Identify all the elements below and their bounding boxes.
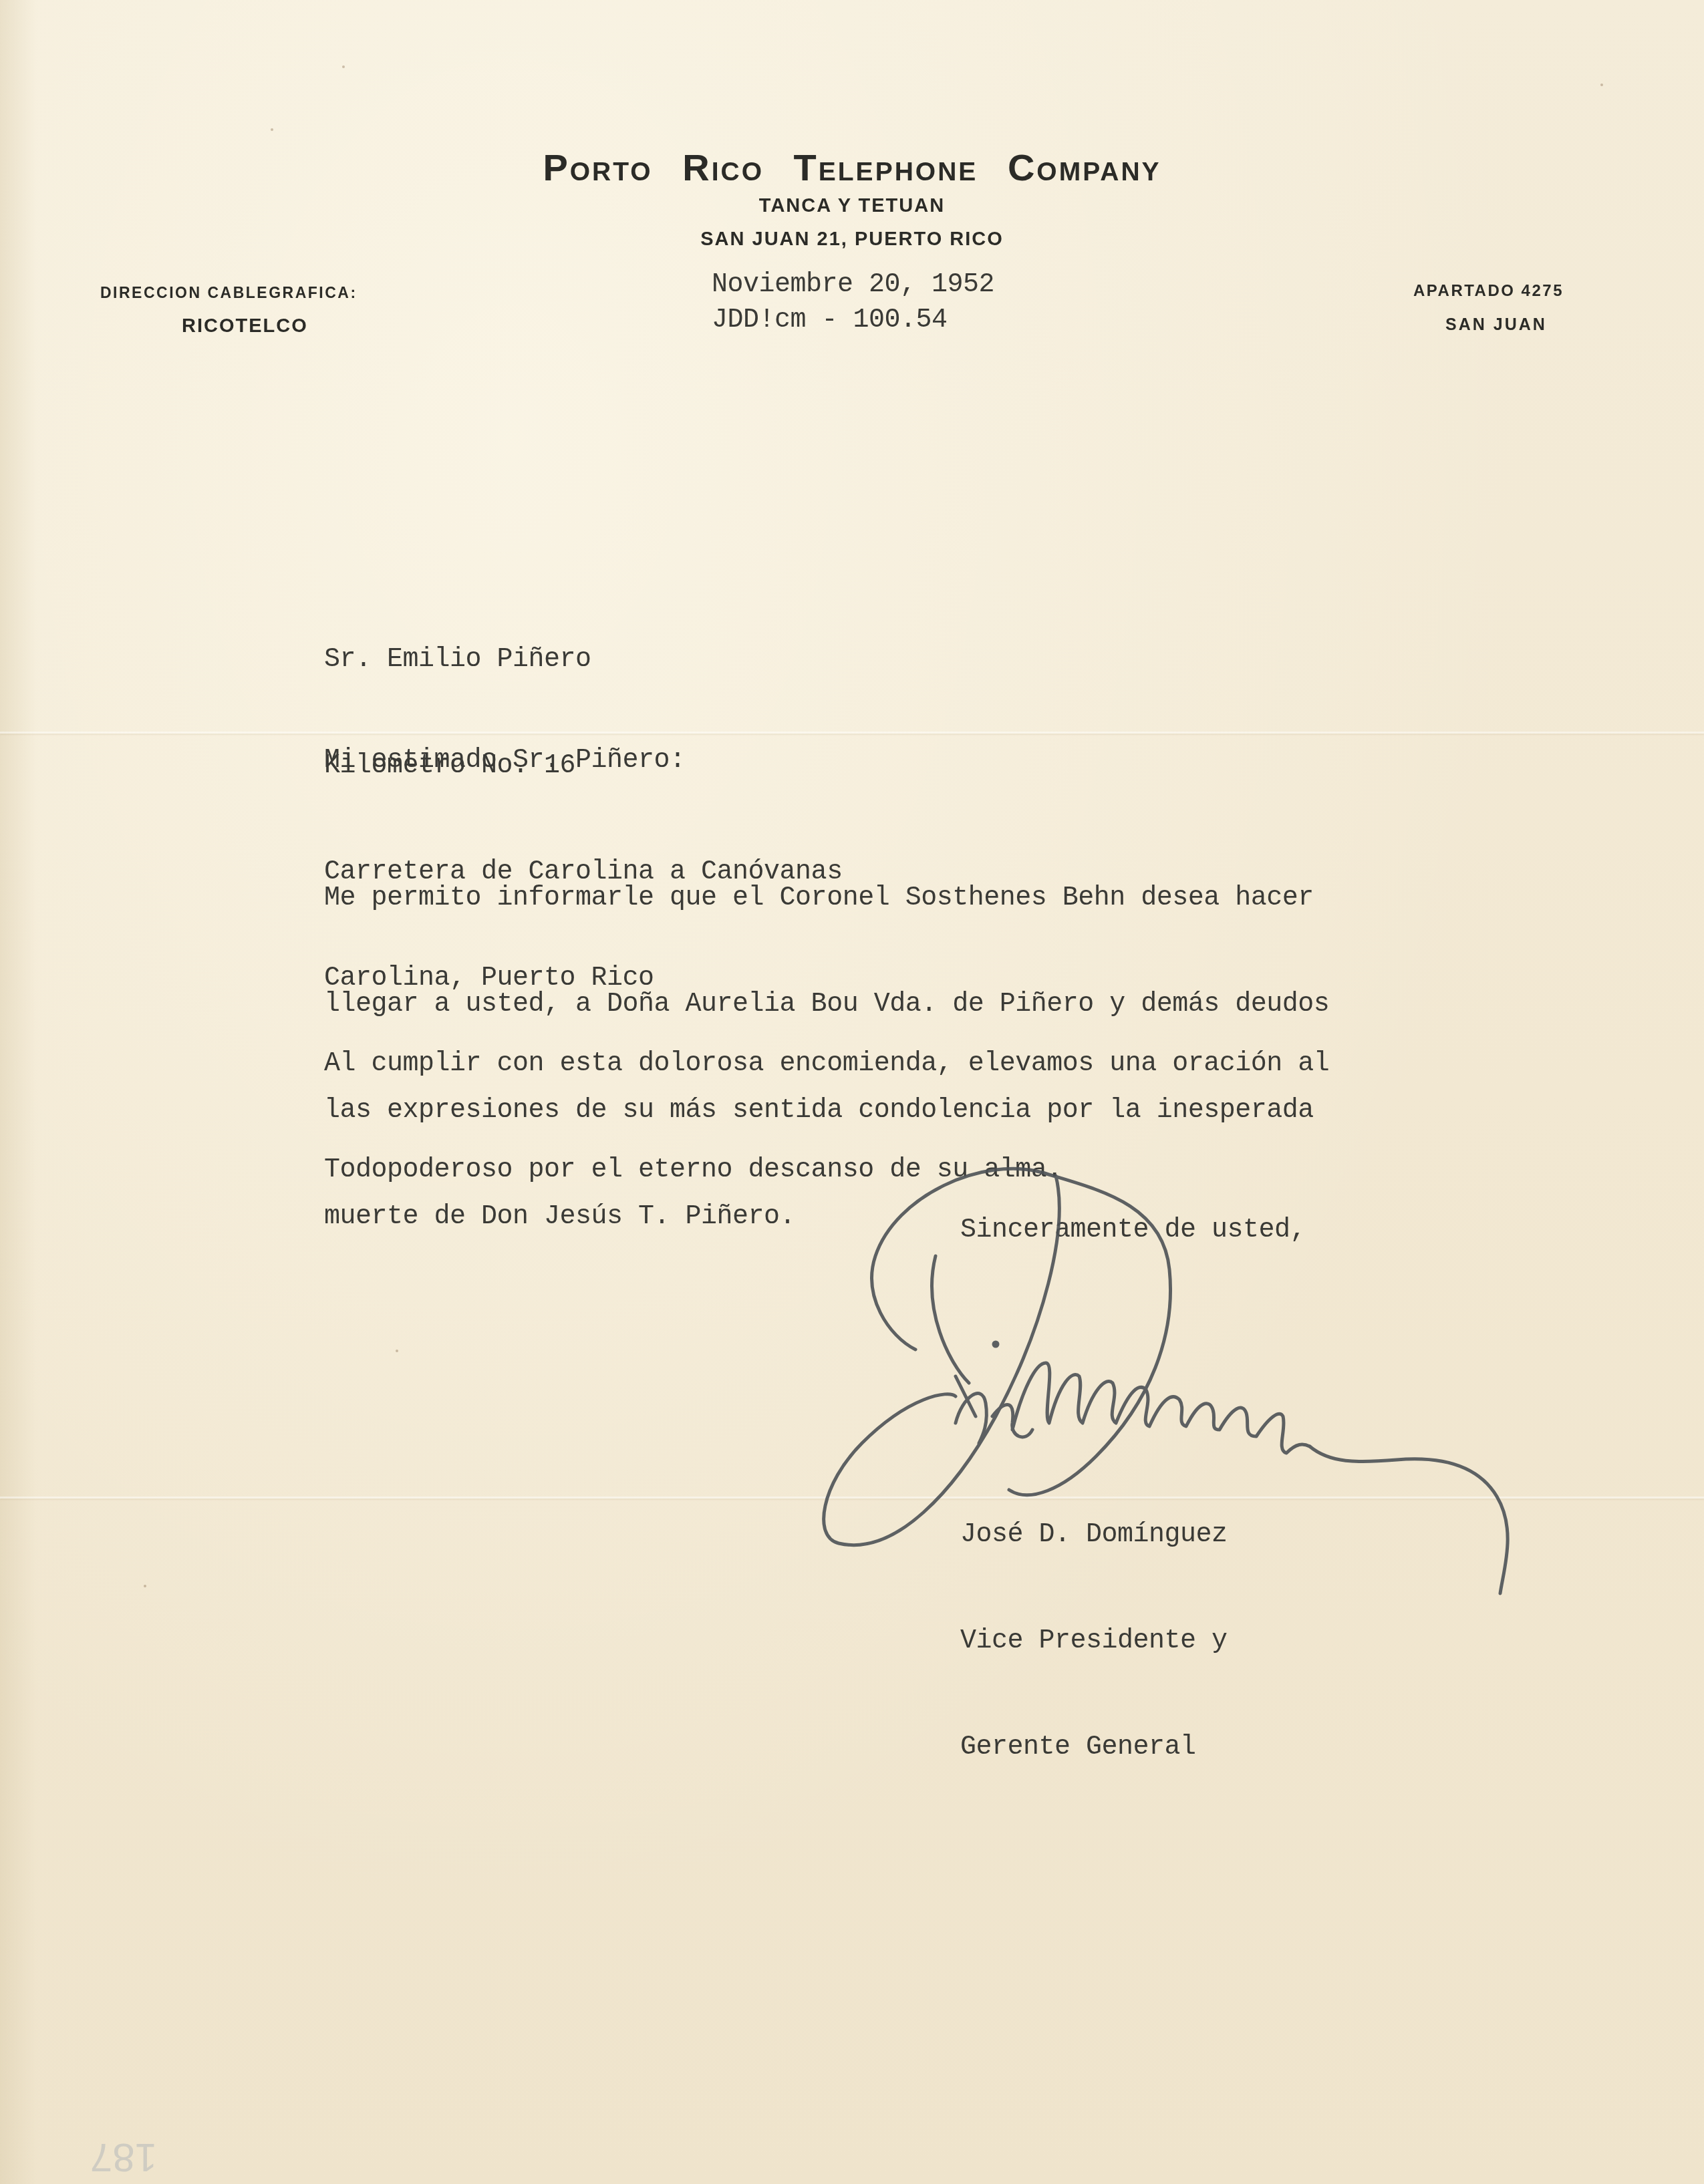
paper-speck: [1600, 84, 1603, 86]
cable-address: RICOTELCO: [182, 315, 308, 337]
signatory-title: Vice Presidente y: [960, 1623, 1228, 1659]
paper-speck: [271, 128, 273, 131]
company-city: SAN JUAN 21, PUERTO RICO: [0, 228, 1704, 251]
letter-date: Noviembre 20, 1952: [712, 267, 994, 303]
cable-address-label: DIRECCION CABLEGRAFICA:: [100, 284, 358, 302]
company-name: Porto Rico Telephone Company: [0, 146, 1704, 189]
paper-edge-shadow: [0, 0, 37, 2184]
body-paragraph: Al cumplir con esta dolorosa encomienda,…: [324, 975, 1329, 1223]
paper-speck: [396, 1350, 398, 1352]
signatory-title: Gerente General: [960, 1730, 1228, 1765]
paper-fold-line: [0, 1497, 1704, 1499]
signature-block: José D. Domínguez Vice Presidente y Gere…: [960, 1446, 1228, 1801]
pencil-page-number: 187: [90, 2135, 157, 2181]
recipient-line: Sr. Emilio Piñero: [324, 642, 843, 677]
reference-code: JDD!cm - 100.54: [712, 303, 948, 338]
salutation: Mi estimado Sr. Piñero:: [324, 743, 686, 778]
signatory-name: José D. Domínguez: [960, 1517, 1228, 1553]
paper-fold-line: [0, 732, 1704, 734]
company-street: TANCA Y TETUAN: [0, 195, 1704, 217]
paper-speck: [342, 65, 345, 68]
body-line: Al cumplir con esta dolorosa encomienda,…: [324, 1046, 1329, 1082]
closing: Sinceramente de usted,: [960, 1213, 1306, 1248]
paper-speck: [144, 1585, 146, 1587]
po-city: SAN JUAN: [1445, 315, 1547, 335]
po-box: APARTADO 4275: [1413, 282, 1564, 301]
body-line: Me permito informarle que el Coronel Sos…: [324, 881, 1329, 916]
body-line: Todopoderoso por el eterno descanso de s…: [324, 1152, 1329, 1188]
